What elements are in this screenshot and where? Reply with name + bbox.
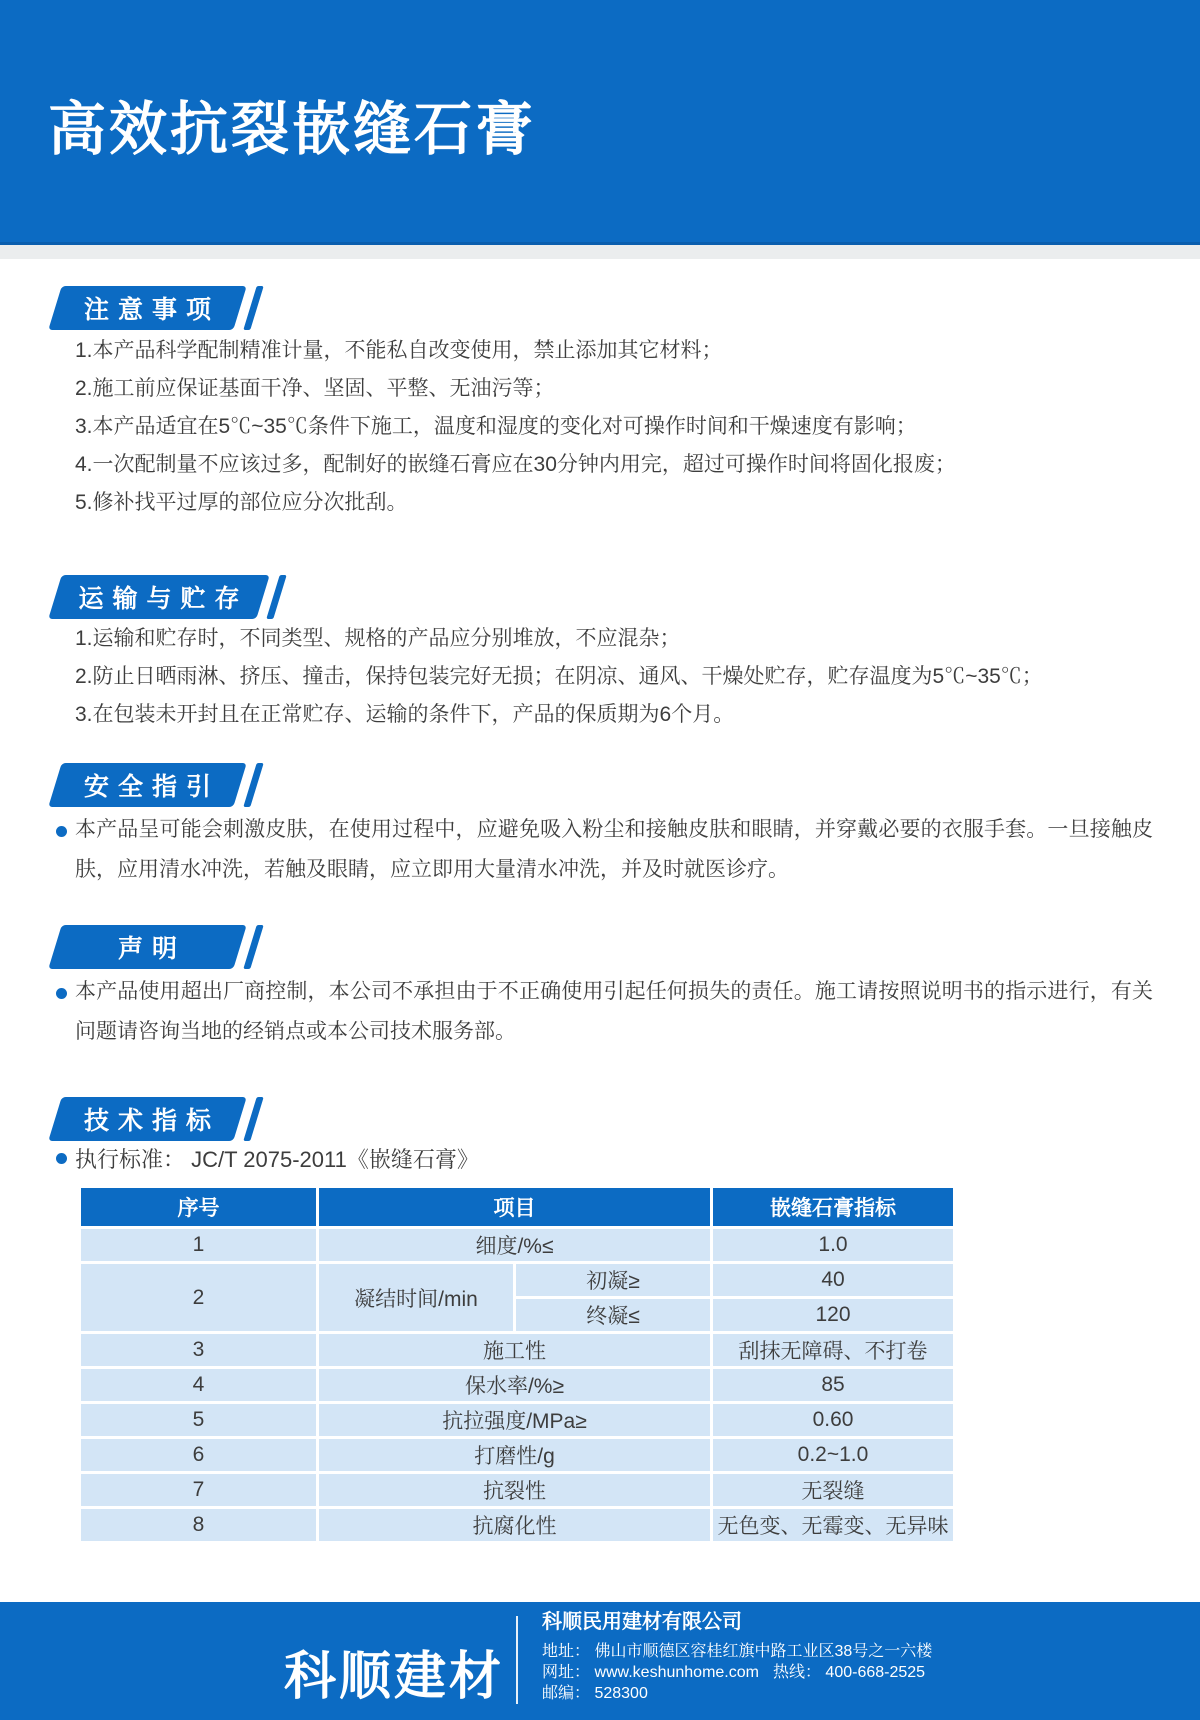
company-name: 科顺民用建材有限公司 [542,1605,742,1634]
table-cell: 120 [713,1299,953,1331]
company-website: 网址： www.keshunhome.com [542,1664,759,1681]
table-row: 8 抗腐化性 无色变、无霉变、无异味 [81,1509,953,1541]
notice-list: 1.本产品科学配制精准计量，不能私自改变使用，禁止添加其它材料； 2.施工前应保… [75,332,1165,522]
table-cell: 凝结时间/min [319,1264,513,1331]
company-postcode: 邮编： 528300 [542,1680,648,1703]
statement-paragraph: 本产品使用超出厂商控制，本公司不承担由于不正确使用引起任何损失的责任。施工请按照… [75,972,1153,1052]
list-item: 3.本产品适宜在5℃~35℃条件下施工，温度和湿度的变化对可操作时间和干燥速度有… [75,408,1165,446]
list-item: 1.本产品科学配制精准计量，不能私自改变使用，禁止添加其它材料； [75,332,1165,370]
list-item: 2.防止日晒雨淋、挤压、撞击，保持包装完好无损；在阴凉、通风、干燥处贮存，贮存温… [75,658,1165,696]
table-row: 2 凝结时间/min 初凝≥ 40 [81,1264,953,1296]
list-item: 4.一次配制量不应该过多，配制好的嵌缝石膏应在30分钟内用完，超过可操作时间将固… [75,446,1165,484]
table-cell: 0.60 [713,1404,953,1436]
section-badge-safety: 安全指引 [55,763,240,807]
section-title: 声明 [55,925,240,969]
table-row: 1 细度/%≤ 1.0 [81,1229,953,1261]
table-cell: 打磨性/g [319,1439,710,1471]
table-cell: 保水率/%≥ [319,1369,710,1401]
section-badge-transport: 运输与贮存 [55,575,263,619]
company-contact-line: 网址： www.keshunhome.com热线： 400-668-2525 [542,1659,925,1682]
section-badge-specs: 技术指标 [55,1097,240,1141]
company-address: 地址： 佛山市顺德区容桂红旗中路工业区38号之一六楼 [542,1638,932,1661]
spec-table: 序号 项目 嵌缝石膏指标 1 细度/%≤ 1.0 2 凝结时间/min 初凝≥ … [78,1185,956,1544]
table-row: 6 打磨性/g 0.2~1.0 [81,1439,953,1471]
table-cell: 40 [713,1264,953,1296]
table-header-cell: 项目 [319,1188,710,1226]
table-cell: 无色变、无霉变、无异味 [713,1509,953,1541]
table-cell: 1 [81,1229,316,1261]
table-cell: 7 [81,1474,316,1506]
badge-sliver [243,286,263,330]
product-datasheet-page: 高效抗裂嵌缝石膏 注意事项 1.本产品科学配制精准计量，不能私自改变使用，禁止添… [0,0,1200,1720]
bullet-icon [56,826,67,837]
standard-line: 执行标准： JC/T 2075-2011《嵌缝石膏》 [75,1143,479,1174]
list-item: 2.施工前应保证基面干净、坚固、平整、无油污等； [75,370,1165,408]
table-cell: 6 [81,1439,316,1471]
badge-sliver [266,575,286,619]
table-row: 4 保水率/%≥ 85 [81,1369,953,1401]
table-cell: 8 [81,1509,316,1541]
table-cell: 抗裂性 [319,1474,710,1506]
table-cell: 初凝≥ [516,1264,710,1296]
list-item: 3.在包装未开封且在正常贮存、运输的条件下，产品的保质期为6个月。 [75,696,1165,734]
badge-sliver [243,763,263,807]
list-item: 1.运输和贮存时，不同类型、规格的产品应分别堆放，不应混杂； [75,620,1165,658]
page-title: 高效抗裂嵌缝石膏 [48,82,536,166]
table-cell: 2 [81,1264,316,1331]
table-row: 5 抗拉强度/MPa≥ 0.60 [81,1404,953,1436]
section-title: 运输与贮存 [55,575,263,619]
safety-paragraph: 本产品呈可能会刺激皮肤，在使用过程中，应避免吸入粉尘和接触皮肤和眼睛，并穿戴必要… [75,810,1153,890]
table-cell: 无裂缝 [713,1474,953,1506]
table-cell: 终凝≤ [516,1299,710,1331]
transport-list: 1.运输和贮存时，不同类型、规格的产品应分别堆放，不应混杂； 2.防止日晒雨淋、… [75,620,1165,734]
table-cell: 1.0 [713,1229,953,1261]
badge-sliver [243,925,263,969]
table-row: 7 抗裂性 无裂缝 [81,1474,953,1506]
table-cell: 施工性 [319,1334,710,1366]
table-row: 3 施工性 刮抹无障碍、不打卷 [81,1334,953,1366]
section-badge-statement: 声明 [55,925,240,969]
table-cell: 5 [81,1404,316,1436]
badge-sliver [243,1097,263,1141]
header-separator [0,245,1200,259]
table-cell: 抗腐化性 [319,1509,710,1541]
footer-brand-logo: 科顺建材 [284,1634,504,1709]
company-hotline: 热线： 400-668-2525 [773,1664,925,1681]
section-title: 安全指引 [55,763,240,807]
bullet-icon [56,1153,67,1164]
table-header-cell: 序号 [81,1188,316,1226]
table-cell: 85 [713,1369,953,1401]
table-cell: 3 [81,1334,316,1366]
table-cell: 抗拉强度/MPa≥ [319,1404,710,1436]
list-item: 5.修补找平过厚的部位应分次批刮。 [75,484,1165,522]
section-title: 技术指标 [55,1097,240,1141]
table-cell: 0.2~1.0 [713,1439,953,1471]
section-title: 注意事项 [55,286,240,330]
table-cell: 4 [81,1369,316,1401]
section-badge-notice: 注意事项 [55,286,240,330]
table-cell: 刮抹无障碍、不打卷 [713,1334,953,1366]
footer-divider [516,1616,518,1704]
bullet-icon [56,988,67,999]
table-header-row: 序号 项目 嵌缝石膏指标 [81,1188,953,1226]
table-cell: 细度/%≤ [319,1229,710,1261]
header-banner: 高效抗裂嵌缝石膏 [0,0,1200,245]
table-header-cell: 嵌缝石膏指标 [713,1188,953,1226]
